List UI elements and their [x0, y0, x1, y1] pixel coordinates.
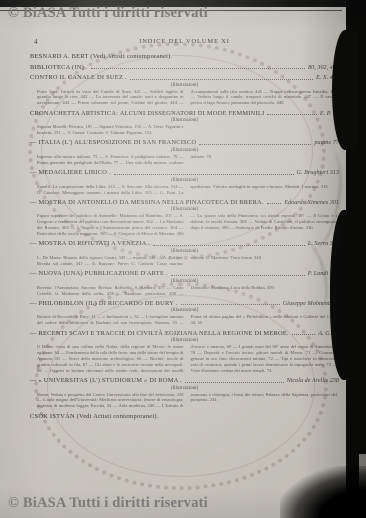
entry-title: — MEDAGLIERE LIBICO . [30, 169, 111, 176]
leader-dots [267, 114, 316, 115]
watermark-top: © BiASA Tutti i diritti riservati [8, 5, 208, 22]
toc-content: 4 INDICE DEL VOLUME XI BESNARD A. BERT (… [30, 38, 339, 422]
illustrations-label: (Illustrazioni) [30, 308, 339, 313]
leader-dots [153, 245, 305, 246]
entry-title: CRONACHETTA ARTISTICA: ALCUNI DISSEGNATO… [30, 110, 264, 117]
entry-title: BIBLIOTECA (IN) . [30, 64, 88, 71]
illustrations-text: Zanelli: La composizione della Libia, 31… [37, 184, 337, 196]
toc-entry: — NUOVA (UNA) PUBBLICAZIONE D'ARTE . P. … [30, 270, 339, 296]
leader-dots [91, 68, 305, 69]
toc-entry: — MEDAGLIERE LIBICO . G. Brughieri 313 (… [30, 169, 339, 195]
illustrations-text: Rovetta: l'Annunziata; Ancona: Rivista; … [37, 285, 337, 297]
entry-title: — RECENTI SCAVI E TRACCIE DI CIVILTÀ EGI… [30, 330, 289, 337]
toc-entry: — RECENTI SCAVI E TRACCIE DI CIVILTÀ EGI… [30, 330, 339, 374]
leader-dots [199, 144, 311, 145]
leader-dots [267, 203, 282, 204]
entry-ref: Edoardo Ximenes 301 [284, 199, 339, 206]
page-header: 4 INDICE DEL VOLUME XI [30, 38, 339, 45]
scan-corner-shadow [280, 466, 366, 518]
entry-title: — MOSTRA DI RIFIUTATI A VENEZIA . [30, 240, 150, 247]
illustrations-label: (Illustrazioni) [30, 118, 339, 123]
illustrations-label: (Illustrazioni) [30, 178, 339, 183]
leader-dots [292, 334, 315, 335]
toc-entry: — MOSTRA DI ANTONELLO DA MESSINA NELLA P… [30, 199, 339, 237]
illustrations-text: L. De Maria: Ritratto della signora Casa… [37, 255, 337, 267]
toc-entry: CSÓK ISTVÁN (Vedi Artisti contemporanei)… [30, 413, 339, 420]
illustrations-label: (Illustrazioni) [30, 249, 339, 254]
page-number: 4 [34, 38, 38, 46]
illustrations-label: (Illustrazioni) [30, 207, 339, 212]
entry-ref: pagine 77 [314, 139, 339, 146]
leader-dots [171, 275, 305, 276]
watermark-bottom: © BiASA Tutti i diritti riservati [8, 495, 208, 512]
toc-entry: CRONACHETTA ARTISTICA: ALCUNI DISSEGNATO… [30, 110, 339, 136]
toc-entry: BESNARD A. BERT (Vedi Artisti contempora… [30, 53, 339, 60]
entry-title: — ITALIA (L') ALL'ESPOSIZIONE DI SAN FRA… [30, 139, 196, 146]
illustrations-label: (Illustrazioni) [30, 338, 339, 343]
illustrations-label: (Illustrazioni) [30, 83, 339, 88]
toc-entry: BIBLIOTECA (IN) . 80, 302, 480 [30, 64, 339, 71]
toc-entry: — « UNIVERSITAS (L') STUDIORUM » DI ROMA… [30, 377, 339, 409]
illustrations-label: (Illustrazioni) [30, 148, 339, 153]
entry-title: CONTRO IL CANALE DI SUEZ . [30, 74, 127, 81]
entry-title: CSÓK ISTVÁN (Vedi Artisti contemporanei)… [30, 413, 159, 420]
page-title: INDICE DEL VOLUME XI [139, 38, 230, 45]
scanned-page: 4 INDICE DEL VOLUME XI BESNARD A. BERT (… [0, 0, 366, 518]
entry-title: — NUOVA (UNA) PUBBLICAZIONE D'ARTE . [30, 270, 168, 277]
toc-entry: — ITALIA (L') ALL'ESPOSIZIONE DI SAN FRA… [30, 139, 339, 165]
entry-ref: Nicola de Arellis 238 [287, 377, 339, 384]
illustrations-text: Roma: Veduta e prospetto del Centro Univ… [37, 392, 337, 410]
illustrations-label: (Illustrazioni) [30, 279, 339, 284]
illustrations-text: Signora Morelli: Pescara, 181 — Signora … [37, 124, 337, 136]
illustrations-text: Ritratto di Riccardo di Bury, 31 — « Inc… [37, 314, 337, 326]
toc-entry: — PHILOBIBLON (IL) DI RICCARDO DE BURY .… [30, 300, 339, 326]
scan-shadow [330, 210, 360, 380]
illustrations-text: Porto Said: l'arrivo in vista del Canale… [37, 89, 337, 107]
illustrations-text: Ingresso alla mostra italiana, 75 — S. F… [37, 154, 337, 166]
leader-dots [114, 174, 294, 175]
entry-title: BESNARD A. BERT (Vedi Artisti contempora… [30, 53, 172, 60]
illustrations-label: (Illustrazioni) [30, 386, 339, 391]
leader-dots [185, 382, 284, 383]
scan-shadow [332, 30, 358, 150]
entry-title: — PHILOBIBLON (IL) DI RICCARDO DE BURY . [30, 300, 178, 307]
toc-entry: CONTRO IL CANALE DI SUEZ . E. X. 444 (Il… [30, 74, 339, 106]
entry-title: — « UNIVERSITAS (L') STUDIORUM » DI ROMA… [30, 377, 182, 384]
entry-title: — MOSTRA DI ANTONELLO DA MESSINA NELLA P… [30, 199, 264, 206]
illustrations-text: Il Dehar: vista di una collina nella Nub… [37, 344, 337, 373]
leader-dots [130, 79, 313, 80]
illustrations-text: Figura superiore del polittico di Antone… [37, 213, 337, 237]
leader-dots [181, 304, 280, 305]
toc-entry: — MOSTRA DI RIFIUTATI A VENEZIA . L. Ser… [30, 240, 339, 266]
entry-ref: G. Brughieri 313 [297, 169, 339, 176]
